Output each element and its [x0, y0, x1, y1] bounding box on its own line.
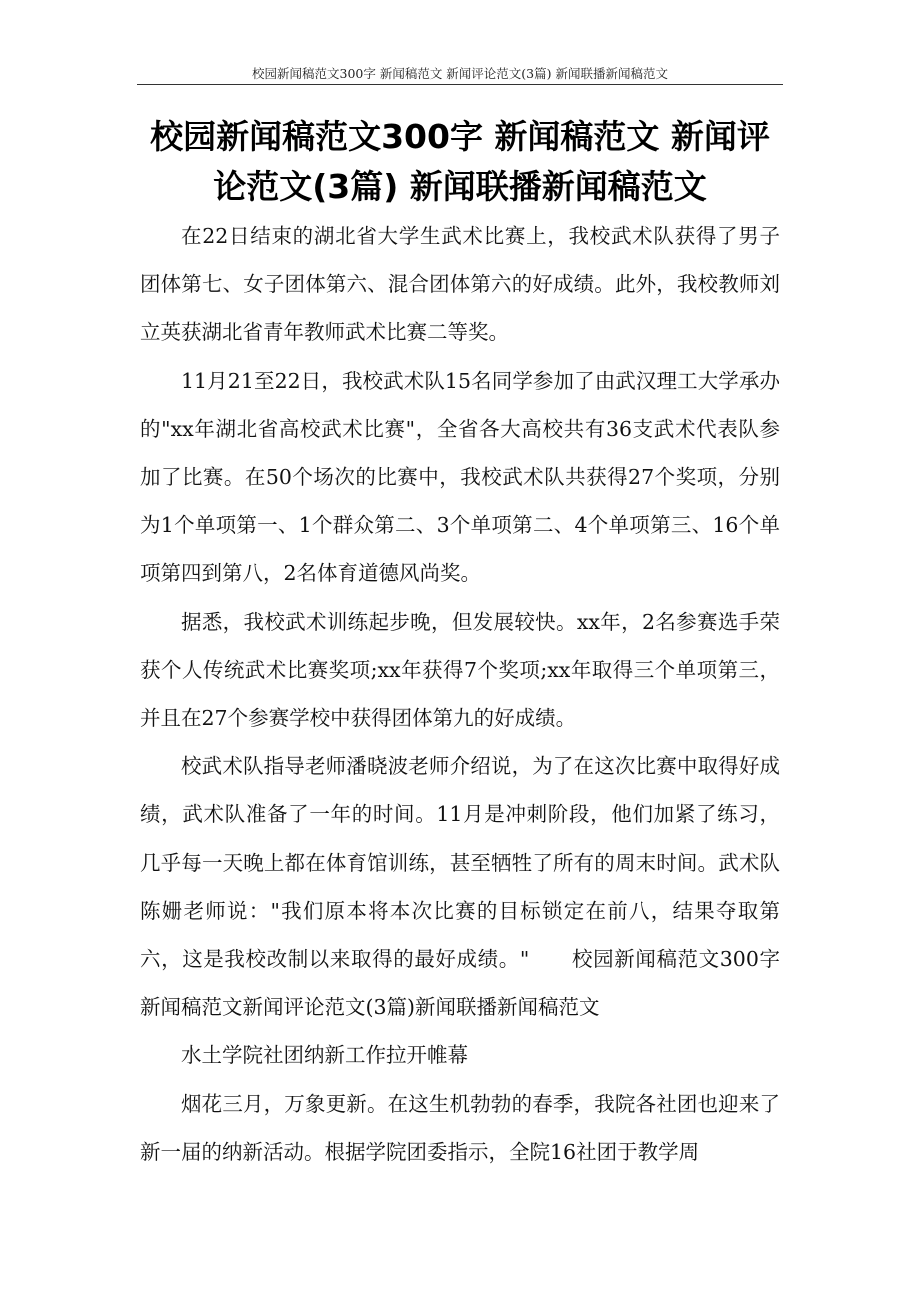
paragraph: 据悉，我校武术训练起步晚，但发展较快。xx年，2名参赛选手荣获个人传统武术比赛奖… — [140, 598, 780, 743]
paragraph: 11月21至22日，我校武术队15名同学参加了由武汉理工大学承办的"xx年湖北省… — [140, 357, 780, 598]
document-body: 在22日结束的湖北省大学生武术比赛上，我校武术队获得了男子团体第七、女子团体第六… — [140, 212, 780, 1176]
document-title: 校园新闻稿范文300字 新闻稿范文 新闻评论范文(3篇) 新闻联播新闻稿范文 — [140, 112, 780, 212]
section-heading: 水土学院社团纳新工作拉开帷幕 — [140, 1031, 780, 1079]
document-page: 校园新闻稿范文300字 新闻稿范文 新闻评论范文(3篇) 新闻联播新闻稿范文 校… — [0, 0, 920, 1302]
paragraph: 烟花三月，万象更新。在这生机勃勃的春季，我院各社团也迎来了新一届的纳新活动。根据… — [140, 1080, 780, 1176]
paragraph: 校武术队指导老师潘晓波老师介绍说，为了在这次比赛中取得好成绩，武术队准备了一年的… — [140, 742, 780, 1031]
running-header: 校园新闻稿范文300字 新闻稿范文 新闻评论范文(3篇) 新闻联播新闻稿范文 — [137, 64, 783, 82]
header-divider — [137, 84, 783, 85]
paragraph: 在22日结束的湖北省大学生武术比赛上，我校武术队获得了男子团体第七、女子团体第六… — [140, 212, 780, 357]
